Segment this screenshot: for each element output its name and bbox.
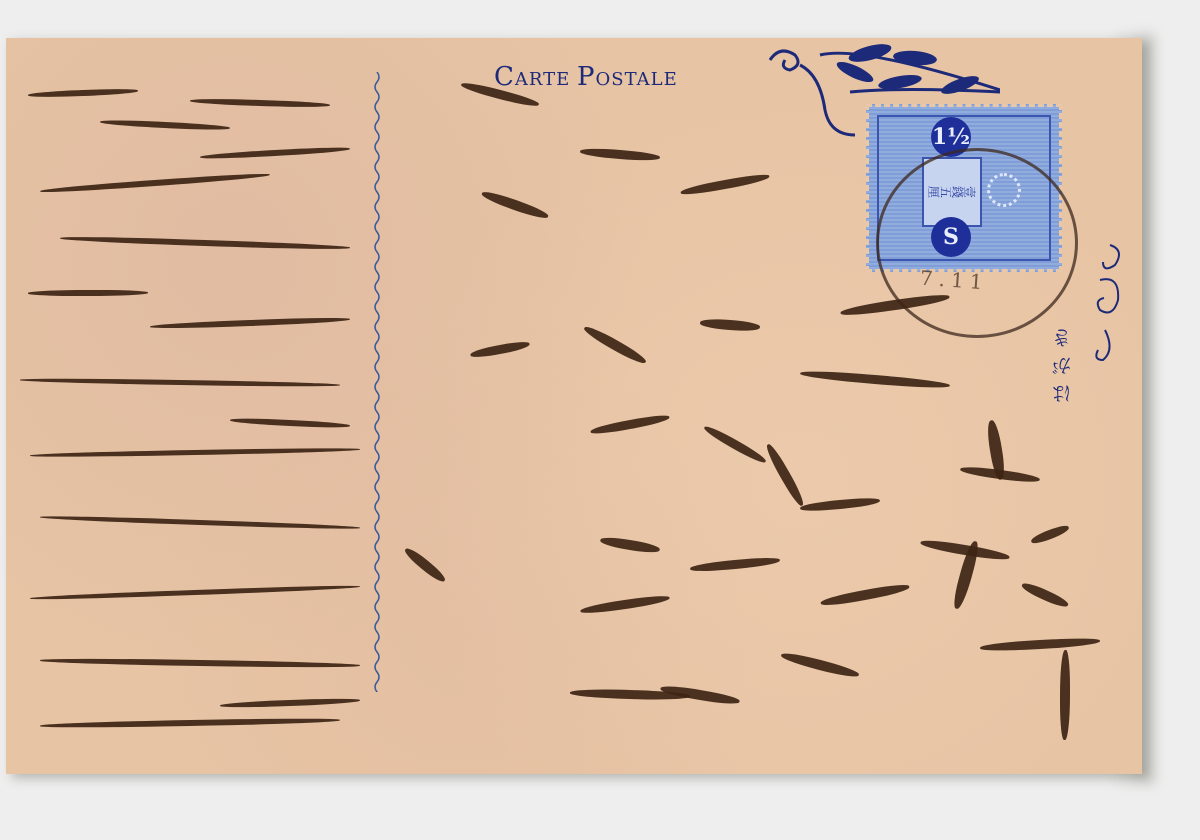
carte-postale-heading: CARTE POSTALE bbox=[494, 62, 678, 92]
postmark-circle bbox=[876, 148, 1078, 338]
scroll-ornament-icon bbox=[1090, 240, 1130, 390]
vertical-printed-text: はがき bbox=[1048, 320, 1077, 404]
postmark-text: 7.11 bbox=[919, 266, 989, 295]
wavy-divider bbox=[373, 72, 381, 692]
